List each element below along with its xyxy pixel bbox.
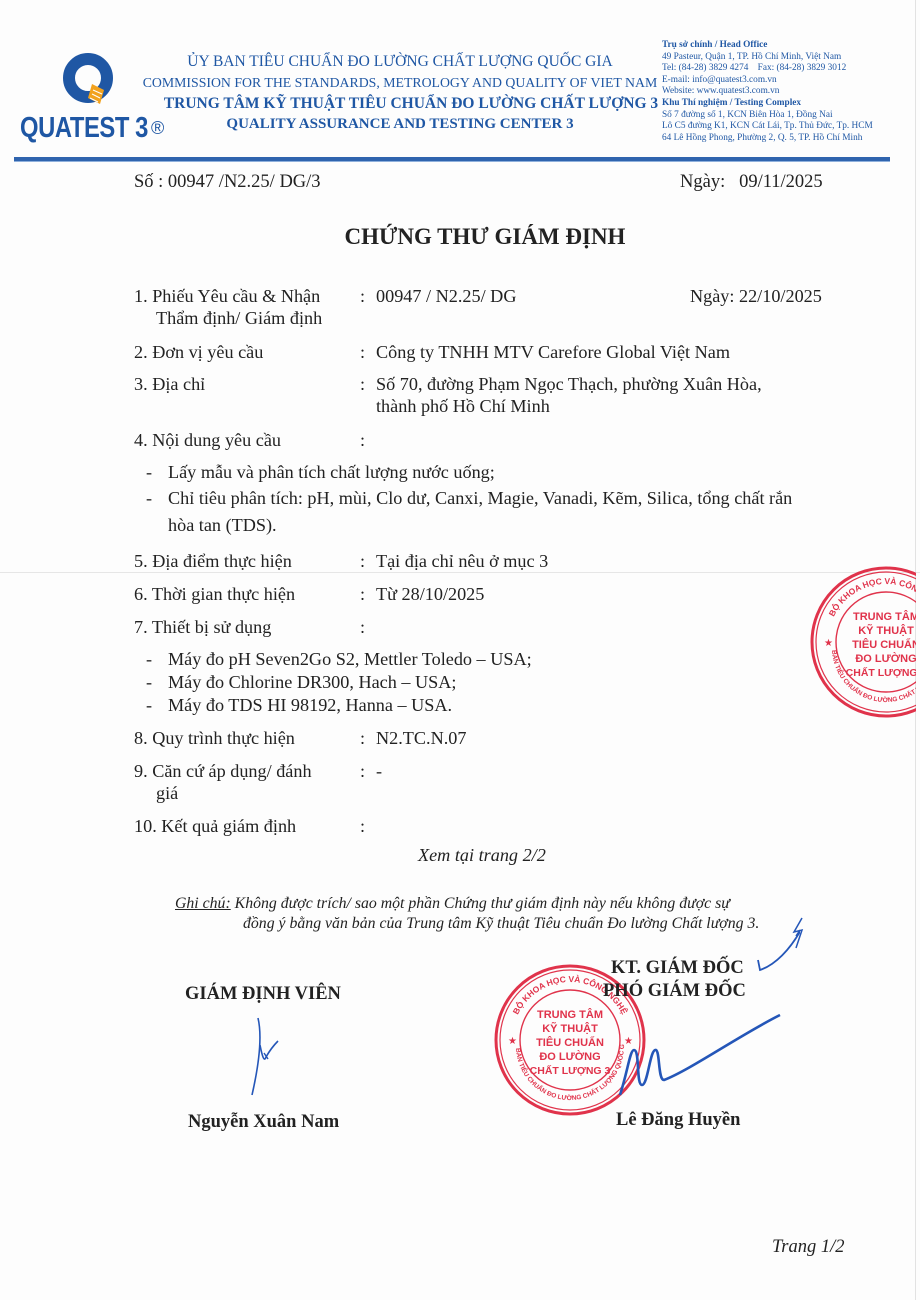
svg-text:TIÊU CHUẨN: TIÊU CHUẨN — [536, 1036, 604, 1049]
colon: : — [360, 341, 365, 363]
item-label-cont: giá — [156, 782, 178, 804]
item-label: 1. Phiếu Yêu cầu & Nhận — [134, 285, 320, 307]
testing-address-2: Lô C5 đường K1, KCN Cát Lái, Tp. Thủ Đức… — [662, 121, 920, 133]
document-number: Số : 00947 /N2.25/ DG/3 — [134, 172, 321, 193]
director-signature-icon — [600, 920, 800, 1110]
item-date: Ngày: 22/10/2025 — [690, 285, 822, 307]
item-value: Công ty TNHH MTV Carefore Global Việt Na… — [376, 341, 730, 363]
quatest-logo: QUATEST 3 ® — [20, 52, 150, 144]
colon: : — [360, 616, 365, 638]
colon: : — [360, 285, 365, 307]
email: E-mail: info@quatest3.com.vn — [662, 75, 920, 87]
item-value: Từ 28/10/2025 — [376, 583, 484, 605]
colon: : — [360, 550, 365, 572]
logo-text: QUATEST 3 — [20, 112, 148, 145]
colon: : — [360, 373, 365, 395]
svg-text:TIÊU CHUẨN: TIÊU CHUẨN — [852, 638, 916, 651]
svg-text:ĐO LƯỜNG: ĐO LƯỜNG — [855, 652, 916, 665]
note-line-1: Không được trích/ sao một phần Chứng thư… — [235, 895, 730, 912]
fax: Fax: (84-28) 3829 3012 — [758, 63, 847, 73]
org-line-2: COMMISSION FOR THE STANDARDS, METROLOGY … — [140, 72, 660, 94]
colon: : — [360, 815, 365, 837]
logo-ring-icon — [62, 52, 118, 108]
svg-text:CHẤT LƯỢNG 3: CHẤT LƯỢNG 3 — [846, 666, 916, 679]
item-label-cont: Thẩm định/ Giám định — [156, 307, 322, 329]
header-org: ỦY BAN TIÊU CHUẨN ĐO LƯỜNG CHẤT LƯỢNG QU… — [140, 52, 660, 134]
svg-text:TRUNG TÂM: TRUNG TÂM — [853, 610, 916, 623]
item-value: Số 70, đường Phạm Ngọc Thạch, phường Xuâ… — [376, 373, 762, 395]
item-value: N2.TC.N.07 — [376, 727, 466, 749]
inspector-name: Nguyễn Xuân Nam — [188, 1112, 339, 1133]
page-number: Trang 1/2 — [772, 1237, 844, 1258]
inspector-signature-icon — [240, 1015, 290, 1100]
head-office-address: 49 Pasteur, Quận 1, TP. Hồ Chí Minh, Việ… — [662, 52, 920, 64]
item-label: 5. Địa điểm thực hiện — [134, 550, 292, 572]
item-label: 9. Căn cứ áp dụng/ đánh — [134, 760, 312, 782]
svg-text:CHẤT LƯỢNG 3: CHẤT LƯỢNG 3 — [530, 1064, 611, 1077]
svg-text:★: ★ — [508, 1036, 517, 1047]
date-value: 09/11/2025 — [739, 172, 823, 192]
side-stamp-icon: BỘ KHOA HỌC VÀ CÔNG NGHỆ ỦY BAN TIÊU CHU… — [806, 562, 916, 722]
director-name: Lê Đăng Huyền — [616, 1110, 740, 1131]
svg-text:TRUNG TÂM: TRUNG TÂM — [537, 1008, 603, 1021]
header-contacts: Trụ sở chính / Head Office 49 Pasteur, Q… — [662, 40, 920, 144]
tel: Tel: (84-28) 3829 4274 — [662, 63, 748, 73]
item-label: 3. Địa chỉ — [134, 373, 205, 395]
item-label: 8. Quy trình thực hiện — [134, 727, 295, 749]
svg-text:KỸ THUẬT: KỸ THUẬT — [858, 624, 914, 637]
note-label: Ghi chú: — [175, 895, 231, 912]
footnote: Ghi chú: Không được trích/ sao một phần … — [175, 894, 730, 914]
testing-label: Khu Thí nghiệm / Testing Complex — [662, 98, 920, 110]
document-title: CHỨNG THƯ GIÁM ĐỊNH — [0, 224, 920, 250]
item-label: 7. Thiết bị sử dụng — [134, 616, 271, 638]
document-date: Ngày: 09/11/2025 — [680, 172, 823, 193]
org-line-3: TRUNG TÂM KỸ THUẬT TIÊU CHUẨN ĐO LƯỜNG C… — [162, 94, 660, 114]
testing-address-1: Số 7 đường số 1, KCN Biên Hòa 1, Đồng Na… — [662, 110, 920, 122]
website: Website: www.quatest3.com.vn — [662, 86, 920, 98]
colon: : — [360, 727, 365, 749]
svg-text:★: ★ — [824, 638, 833, 649]
item-label: 2. Đơn vị yêu cầu — [134, 341, 263, 363]
item-value-cont: thành phố Hồ Chí Minh — [376, 395, 550, 417]
header-divider — [14, 157, 890, 162]
item-label: 6. Thời gian thực hiện — [134, 583, 295, 605]
side-stamp: BỘ KHOA HỌC VÀ CÔNG NGHỆ ỦY BAN TIÊU CHU… — [806, 560, 916, 730]
head-office-label: Trụ sở chính / Head Office — [662, 40, 920, 52]
inspector-title: GIÁM ĐỊNH VIÊN — [185, 984, 341, 1005]
svg-text:ĐO LƯỜNG: ĐO LƯỜNG — [539, 1050, 600, 1063]
svg-text:KỸ THUẬT: KỸ THUẬT — [542, 1022, 598, 1035]
scan-seam — [0, 572, 920, 573]
colon: : — [360, 583, 365, 605]
phone-fax: Tel: (84-28) 3829 4274 Fax: (84-28) 3829… — [662, 63, 920, 75]
item-value: Tại địa chỉ nêu ở mục 3 — [376, 550, 548, 572]
org-line-1: ỦY BAN TIÊU CHUẨN ĐO LƯỜNG CHẤT LƯỢNG QU… — [140, 52, 660, 72]
item-value: - — [376, 760, 382, 782]
org-line-4: QUALITY ASSURANCE AND TESTING CENTER 3 — [140, 114, 660, 134]
item-value: 00947 / N2.25/ DG — [376, 285, 516, 307]
item-label: 4. Nội dung yêu cầu — [134, 429, 281, 451]
testing-address-3: 64 Lê Hồng Phong, Phường 2, Q. 5, TP. Hồ… — [662, 133, 920, 145]
item-label: 10. Kết quả giám định — [134, 815, 296, 837]
date-label: Ngày: — [680, 172, 725, 192]
colon: : — [360, 429, 365, 451]
colon: : — [360, 760, 365, 782]
initial-mark-icon — [790, 916, 810, 956]
see-page-note: Xem tại trang 2/2 — [418, 845, 546, 866]
